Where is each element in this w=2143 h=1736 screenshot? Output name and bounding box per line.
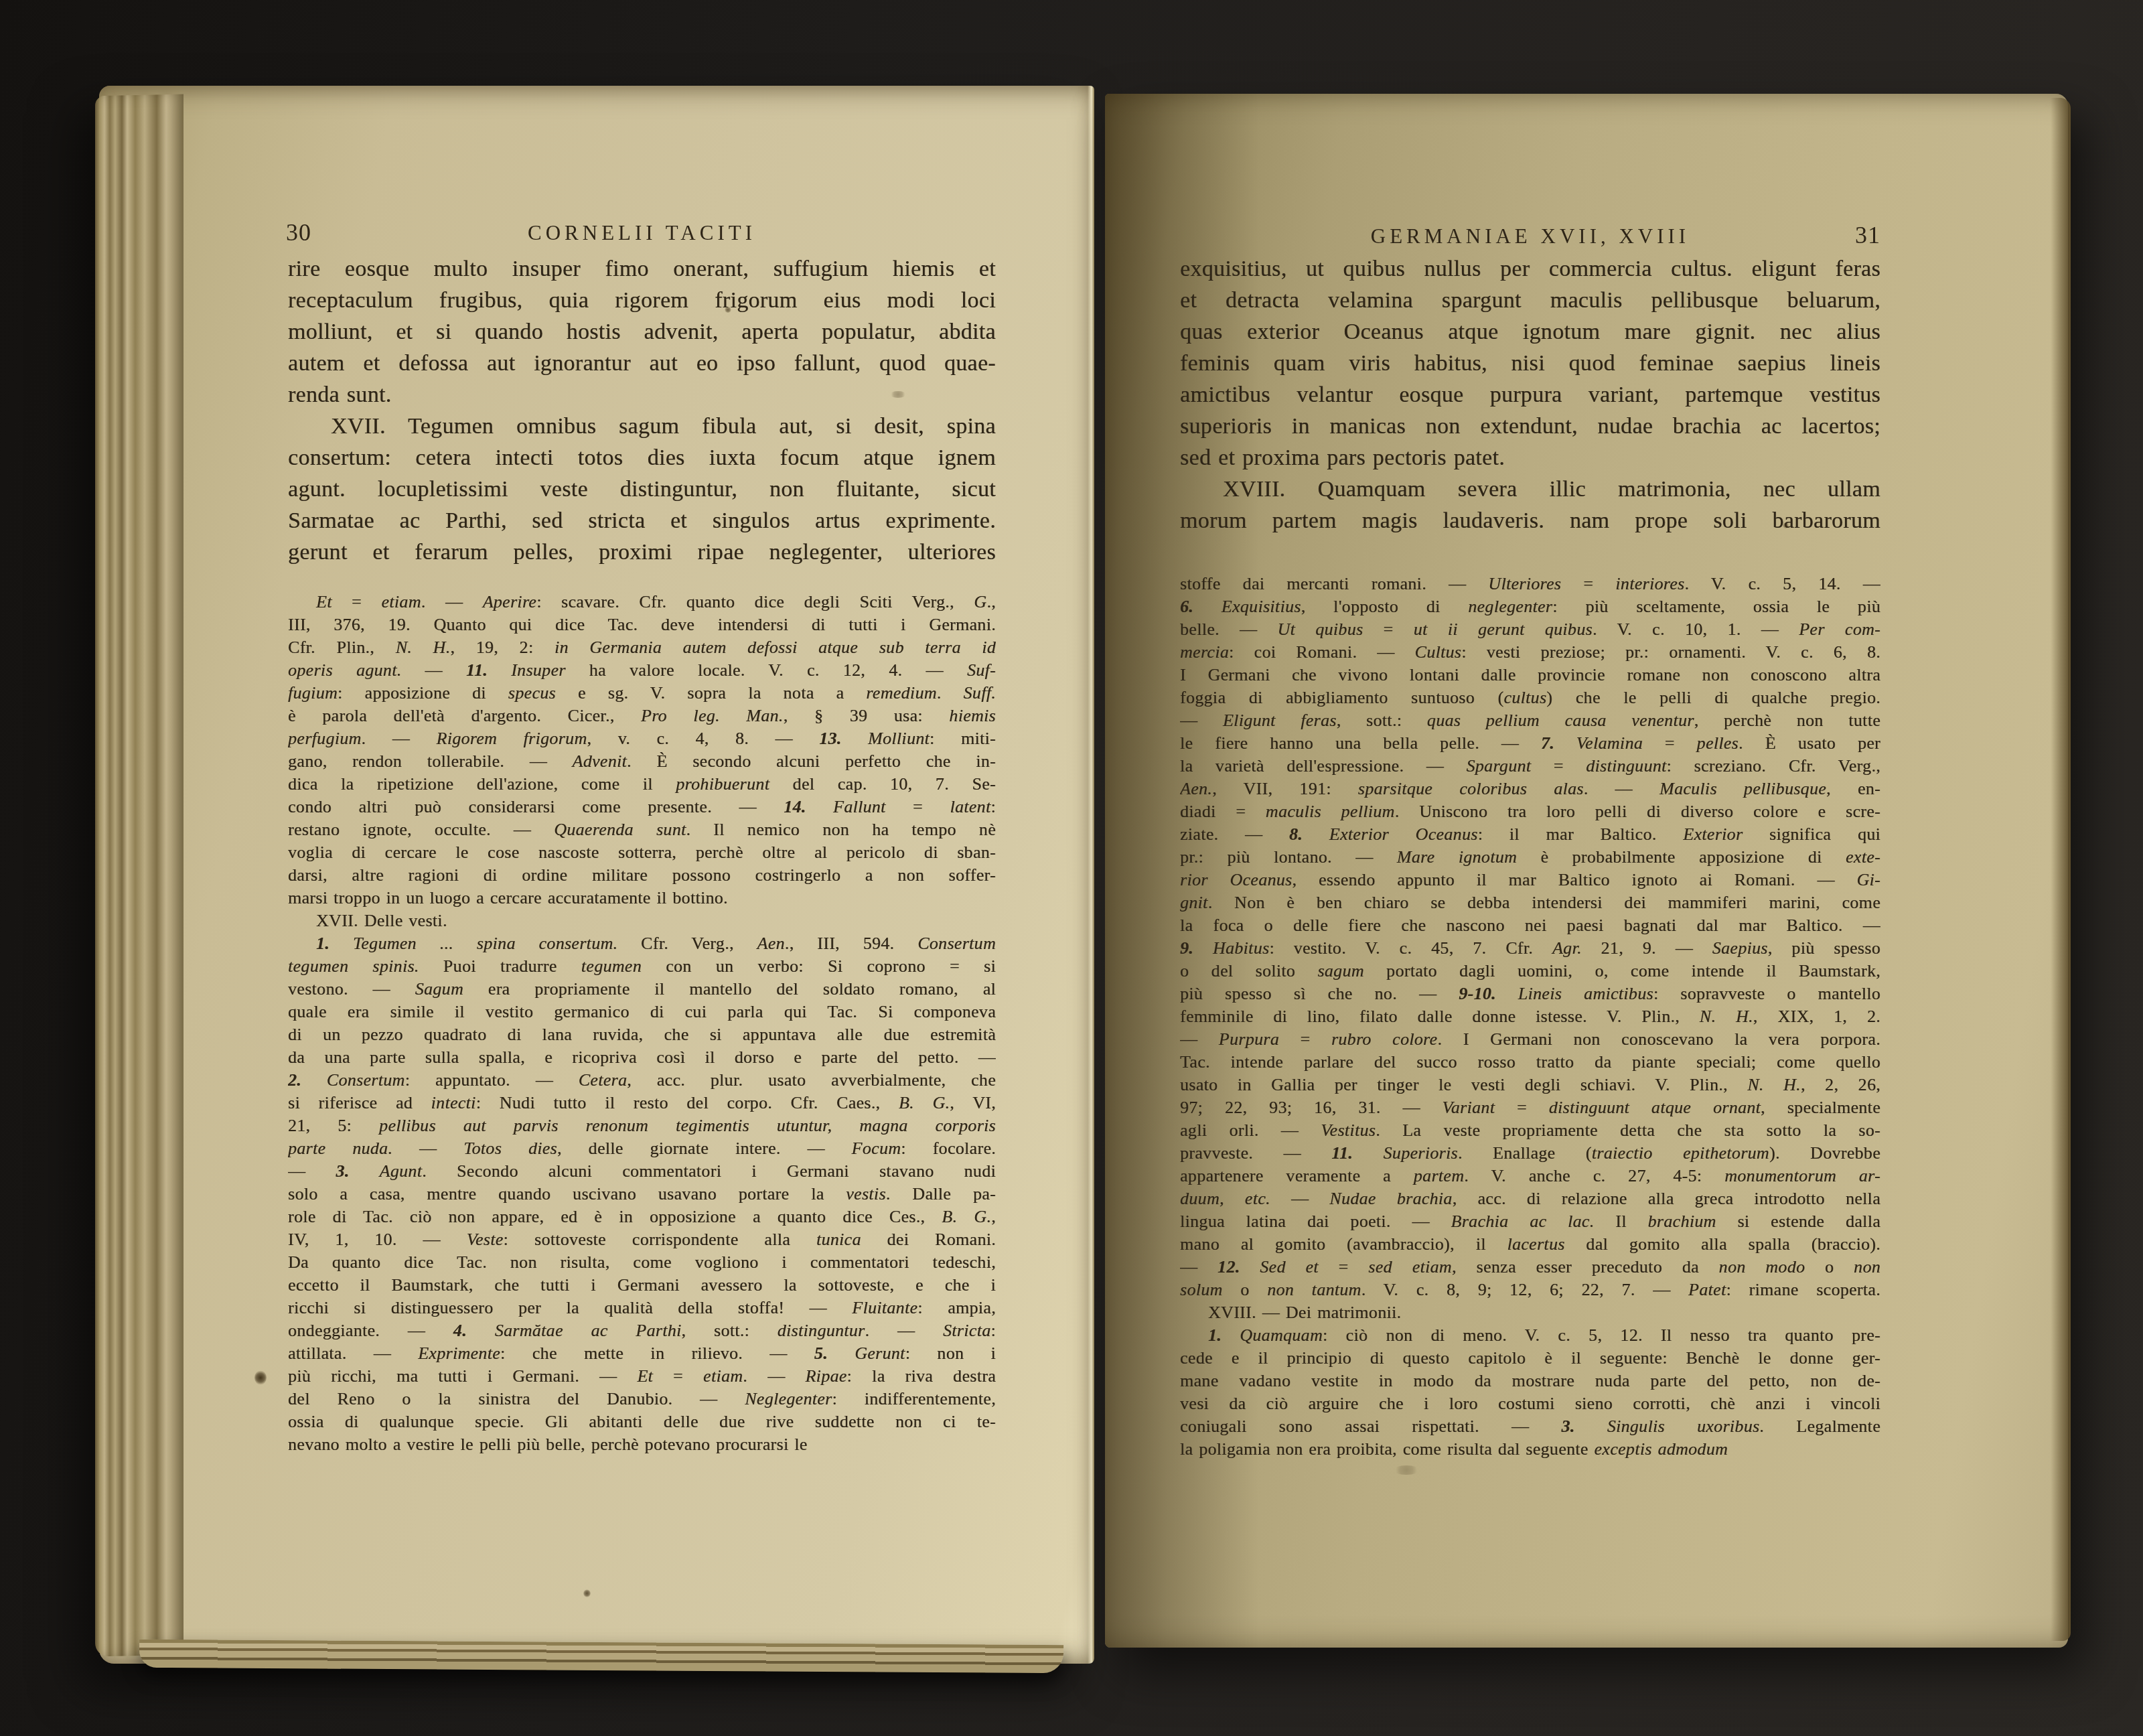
text-line: solum o non tantum. V. c. 8, 9; 12, 6; 2…: [1180, 1279, 1880, 1301]
text-line: 1. Tegumen ... spina consertum. Cfr. Ver…: [288, 932, 996, 955]
text-line: XVII. Delle vesti.: [288, 910, 996, 932]
text-line: vestono. — Sagum era propriamente il man…: [288, 978, 996, 1001]
text-line: belle. — Ut quibus = ut ii gerunt quibus…: [1180, 618, 1880, 641]
text-line: voglia di cercare le cose nascoste sotte…: [288, 841, 996, 864]
text-line: appartenere veramente a partem. V. anche…: [1180, 1165, 1880, 1187]
text-line: usato in Gallia per tinger le vesti degl…: [1180, 1074, 1880, 1096]
right-page: GERMANIAE XVII, XVIII 31 exquisitius, ut…: [1105, 94, 2068, 1648]
text-line: — 3. Agunt. Secondo alcuni commentatori …: [288, 1160, 996, 1183]
text-line: si riferisce ad intecti: Nudi tutto il r…: [288, 1092, 996, 1114]
left-page-fold-edge: [1088, 86, 1094, 1664]
text-line: gnit. Non è ben chiaro se debba intender…: [1180, 891, 1880, 914]
text-line: role di Tac. ciò non appare, ed è in opp…: [288, 1206, 996, 1228]
text-line: — Purpura = rubro colore. I Germani non …: [1180, 1028, 1880, 1051]
text-line: receptaculum frugibus, quia rigorem frig…: [288, 285, 996, 316]
text-line: darsi, altre ragioni di ordine militare …: [288, 864, 996, 887]
text-line: Tac. intende parlare del succo rosso tra…: [1180, 1051, 1880, 1074]
right-body-text: exquisitius, ut quibus nullus per commer…: [1180, 253, 1880, 536]
text-line: di un pezzo quadrato di lana ruvida, che…: [288, 1023, 996, 1046]
text-line: dica la ripetizione dell'azione, come il…: [288, 773, 996, 796]
text-line: vesi da ciò arguire che i loro costumi s…: [1180, 1392, 1880, 1415]
text-line: IV, 1, 10. — Veste: sottoveste corrispon…: [288, 1228, 996, 1251]
text-line: 9. Habitus: vestito. V. c. 45, 7. Cfr. A…: [1180, 937, 1880, 960]
text-line: ricchi si distinguessero per la qualità …: [288, 1297, 996, 1319]
text-line: restano ignote, occulte. — Quaerenda sun…: [288, 818, 996, 841]
text-line: — Eligunt feras, sott.: quas pellium cau…: [1180, 709, 1880, 732]
text-line: autem et defossa aut ignorantur aut eo i…: [288, 348, 996, 379]
text-line: parte nuda. — Totos dies, delle giornate…: [288, 1137, 996, 1160]
left-page-bottom-edges: [139, 1640, 1063, 1673]
text-line: 6. Exquisitius, l'opposto di neglegenter…: [1180, 595, 1880, 618]
text-line: operis agunt. — 11. Insuper ha valore lo…: [288, 659, 996, 682]
text-line: I Germani che vivono lontani dalle provi…: [1180, 664, 1880, 686]
text-line: morum partem magis laudaveris. nam prope…: [1180, 505, 1880, 536]
text-line: attillata. — Exprimente: che mette in ri…: [288, 1342, 996, 1365]
text-line: XVIII. Quamquam severa illic matrimonia,…: [1180, 474, 1880, 505]
text-line: pravveste. — 11. Superioris. Enallage (t…: [1180, 1142, 1880, 1165]
text-line: superioris in manicas non extendunt, nud…: [1180, 411, 1880, 442]
left-commentary: Et = etiam. — Aperire: scavare. Cfr. qua…: [288, 591, 996, 1456]
text-line: rire eosque multo insuper fimo onerant, …: [288, 253, 996, 285]
text-line: cede e il principio di questo capitolo è…: [1180, 1347, 1880, 1370]
paper-smudge: [889, 391, 907, 398]
text-line: le fiere hanno una bella pelle. — 7. Vel…: [1180, 732, 1880, 755]
left-page: 30 CORNELII TACITI rire eosque multo ins…: [99, 86, 1093, 1664]
ink-stain: [254, 1370, 267, 1385]
text-line: Da quanto dice Tac. non risulta, come vo…: [288, 1251, 996, 1274]
text-line: Et = etiam. — Aperire: scavare. Cfr. qua…: [288, 591, 996, 613]
text-line: exquisitius, ut quibus nullus per commer…: [1180, 253, 1880, 285]
left-running-header: CORNELII TACITI: [288, 221, 996, 245]
text-line: feminis quam viris habitus, nisi quod fe…: [1180, 348, 1880, 379]
paper-speck: [1783, 522, 1789, 528]
paper-smudge: [1393, 1465, 1420, 1475]
text-line: amictibus velantur eosque purpura varian…: [1180, 379, 1880, 411]
text-line: 21, 5: pellibus aut parvis renonum tegim…: [288, 1114, 996, 1137]
text-line: nevano molto a vestire le pelli più bell…: [288, 1433, 996, 1456]
text-line: mano al gomito (avambraccio), il lacertu…: [1180, 1233, 1880, 1256]
text-line: marsi troppo in un luogo a cercare accur…: [288, 887, 996, 910]
text-line: la poligamia non era proibita, come risu…: [1180, 1438, 1880, 1461]
text-line: lingua latina dai poeti. — Brachia ac la…: [1180, 1210, 1880, 1233]
text-line: consertum: cetera intecti totos dies iux…: [288, 442, 996, 474]
text-line: gano, rendon tollerabile. — Advenit. È s…: [288, 750, 996, 773]
text-line: ossia di qualunque specie. Gli abitanti …: [288, 1410, 996, 1433]
text-line: XVIII. — Dei matrimonii.: [1180, 1301, 1880, 1324]
text-line: pr.: più lontano. — Mare ignotum è proba…: [1180, 846, 1880, 869]
text-line: molliunt, et si quando hostis advenit, a…: [288, 316, 996, 348]
text-line: ondeggiante. — 4. Sarmătae ac Parthi, so…: [288, 1319, 996, 1342]
text-line: gerunt et ferarum pelles, proximi ripae …: [288, 536, 996, 568]
text-line: eccetto il Baumstark, che tutti i German…: [288, 1274, 996, 1297]
text-line: XVII. Tegumen omnibus sagum fibula aut, …: [288, 411, 996, 442]
text-line: quas exterior Oceanus atque ignotum mare…: [1180, 316, 1880, 348]
text-line: — 12. Sed et = sed etiam, senza esser pr…: [1180, 1256, 1880, 1279]
left-page-edge-stack: [95, 94, 183, 1657]
text-line: stoffe dai mercanti romani. — Ulteriores…: [1180, 573, 1880, 595]
text-line: agunt. locupletissimi veste distinguntur…: [288, 474, 996, 505]
text-line: foggia di abbigliamento suntuoso (cultus…: [1180, 686, 1880, 709]
right-commentary: stoffe dai mercanti romani. — Ulteriores…: [1180, 573, 1880, 1461]
text-line: duum, etc. — Nudae brachia, acc. di rela…: [1180, 1187, 1880, 1210]
text-line: condo altri può considerarsi come presen…: [288, 796, 996, 818]
text-line: mane vadano vestite in modo da mostrare …: [1180, 1370, 1880, 1392]
text-line: o del solito sagum portato dagli uomini,…: [1180, 960, 1880, 983]
text-line: è parola dell'età d'argento. Cicer., Pro…: [288, 705, 996, 727]
paper-speck: [583, 1589, 591, 1597]
text-line: Cfr. Plin., N. H., 19, 2: in Germania au…: [288, 636, 996, 659]
text-line: quale era simile il vestito germanico di…: [288, 1001, 996, 1023]
text-line: tegumen spinis. Puoi tradurre tegumen co…: [288, 955, 996, 978]
text-line: più spesso sì che no. — 9-10. Lineis ami…: [1180, 983, 1880, 1005]
text-line: la varietà dell'espressione. — Spargunt …: [1180, 755, 1880, 778]
text-line: perfugium. — Rigorem frigorum, v. c. 4, …: [288, 727, 996, 750]
text-line: 97; 22, 93; 16, 31. — Variant = distingu…: [1180, 1096, 1880, 1119]
right-page-deckle-edge: [2051, 98, 2071, 1641]
text-line: et detracta velamina spargunt maculis pe…: [1180, 285, 1880, 316]
text-line: sed et proxima pars pectoris patet.: [1180, 442, 1880, 474]
text-line: più ricchi, ma tutti i Germani. — Et = e…: [288, 1365, 996, 1388]
right-page-number: 31: [1180, 221, 1880, 249]
text-line: fugium: apposizione di specus e sg. V. s…: [288, 682, 996, 705]
text-line: Aen., VII, 191: sparsitque coloribus ala…: [1180, 778, 1880, 800]
text-line: agli orli. — Vestitus. La veste propriam…: [1180, 1119, 1880, 1142]
text-line: da una parte sulla spalla, e ricopriva c…: [288, 1046, 996, 1069]
text-line: diadi = maculis pellium. Uniscono tra lo…: [1180, 800, 1880, 823]
text-line: la foca o delle fiere che nascono nei pa…: [1180, 914, 1880, 937]
text-line: rior Oceanus, essendo appunto il mar Bal…: [1180, 869, 1880, 891]
text-line: del Reno o la sinistra del Danubio. — Ne…: [288, 1388, 996, 1410]
text-line: mercia: coi Romani. — Cultus: vesti prez…: [1180, 641, 1880, 664]
paper-speck: [725, 307, 731, 313]
photo-background: 30 CORNELII TACITI rire eosque multo ins…: [0, 0, 2143, 1736]
text-line: 2. Consertum: appuntato. — Cetera, acc. …: [288, 1069, 996, 1092]
text-line: III, 376, 19. Quanto qui dice Tac. deve …: [288, 613, 996, 636]
text-line: coniugali sono assai rispettati. — 3. Si…: [1180, 1415, 1880, 1438]
left-body-text: rire eosque multo insuper fimo onerant, …: [288, 253, 996, 568]
text-line: ziate. — 8. Exterior Oceanus: il mar Bal…: [1180, 823, 1880, 846]
text-line: femminile di lino, filato dalle donne is…: [1180, 1005, 1880, 1028]
text-line: solo a casa, mentre quando uscivano usav…: [288, 1183, 996, 1206]
text-line: Sarmatae ac Parthi, sed stricta et singu…: [288, 505, 996, 536]
text-line: 1. Quamquam: ciò non di meno. V. c. 5, 1…: [1180, 1324, 1880, 1347]
